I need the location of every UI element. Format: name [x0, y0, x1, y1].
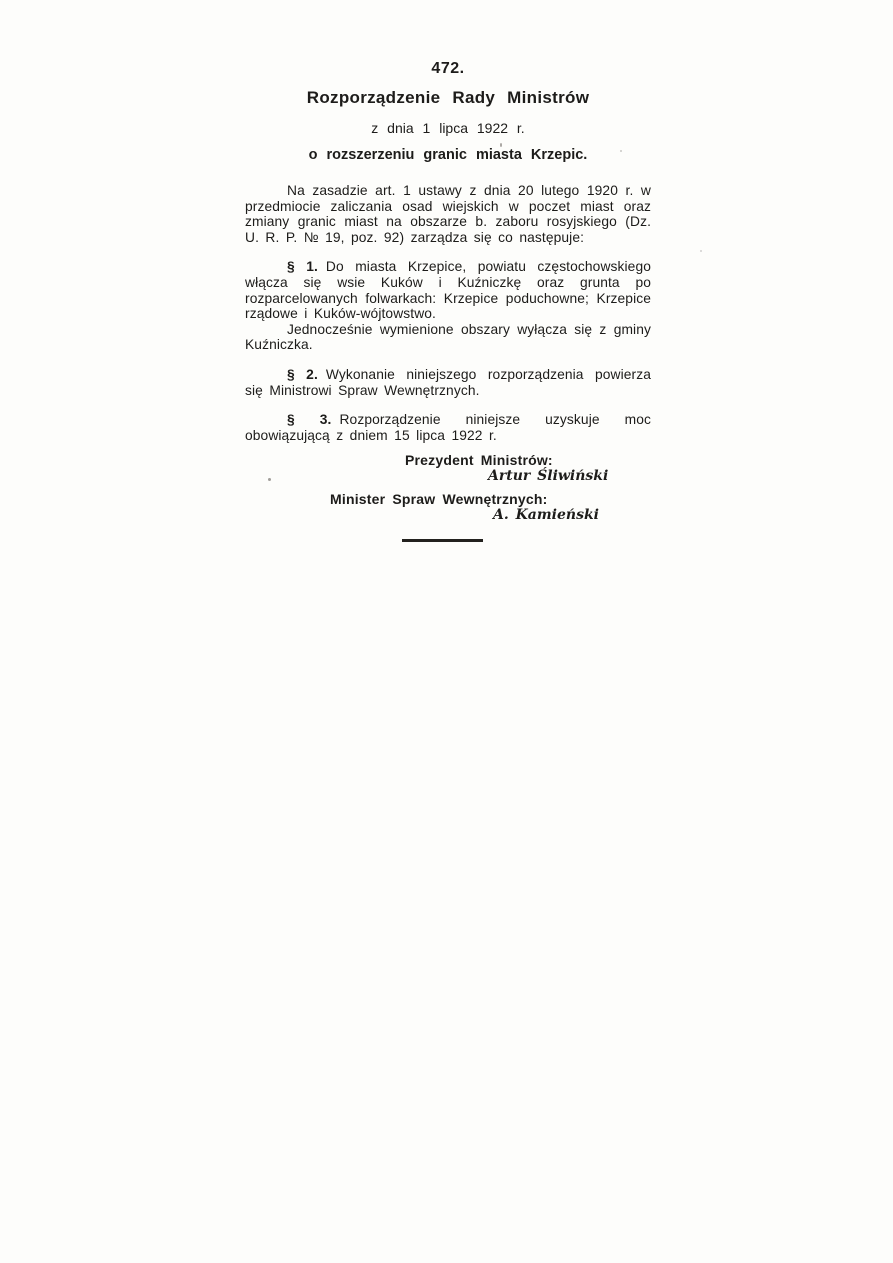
section-label: § 2.: [287, 367, 318, 382]
scan-speck: [500, 143, 502, 147]
signature-role: Prezydent Ministrów:: [245, 453, 651, 468]
scan-speck: [620, 150, 622, 152]
section-label: § 3.: [287, 412, 331, 427]
paragraph-text: Jednocześnie wymienione obszary wyłącza …: [245, 322, 651, 353]
signature-block: Prezydent Ministrów: Artur Śliwiński Min…: [245, 453, 651, 523]
paragraph-section-1-continuation: Jednocześnie wymienione obszary wyłącza …: [245, 322, 651, 353]
scan-speck: [268, 478, 271, 481]
document-page: 472. Rozporządzenie Rady Ministrów z dni…: [0, 0, 893, 1263]
act-date-line: z dnia 1 lipca 1922 r.: [245, 120, 651, 136]
scan-speck: [700, 250, 702, 252]
signature-name: Artur Śliwiński: [245, 469, 651, 484]
act-title: Rozporządzenie Rady Ministrów: [245, 88, 651, 108]
paragraph-section-1: § 1.Do miasta Krzepice, powiatu częstoch…: [245, 259, 651, 321]
paragraph-text: Na zasadzie art. 1 ustawy z dnia 20 lute…: [245, 183, 651, 245]
signature-role: Minister Spraw Wewnętrznych:: [245, 492, 651, 507]
paragraph-intro: Na zasadzie art. 1 ustawy z dnia 20 lute…: [245, 183, 651, 245]
act-number: 472.: [245, 60, 651, 78]
signature-name: A. Kamieński: [245, 508, 651, 523]
act-subject-line: o rozszerzeniu granic miasta Krzepic.: [245, 147, 651, 163]
paragraph-section-2: § 2.Wykonanie niniejszego rozporządzenia…: [245, 367, 651, 398]
end-of-act-rule: [402, 539, 483, 542]
section-label: § 1.: [287, 259, 318, 274]
paragraph-section-3: § 3.Rozporządzenie niniejsze uzyskuje mo…: [245, 412, 651, 443]
document-content: 472. Rozporządzenie Rady Ministrów z dni…: [245, 60, 651, 542]
